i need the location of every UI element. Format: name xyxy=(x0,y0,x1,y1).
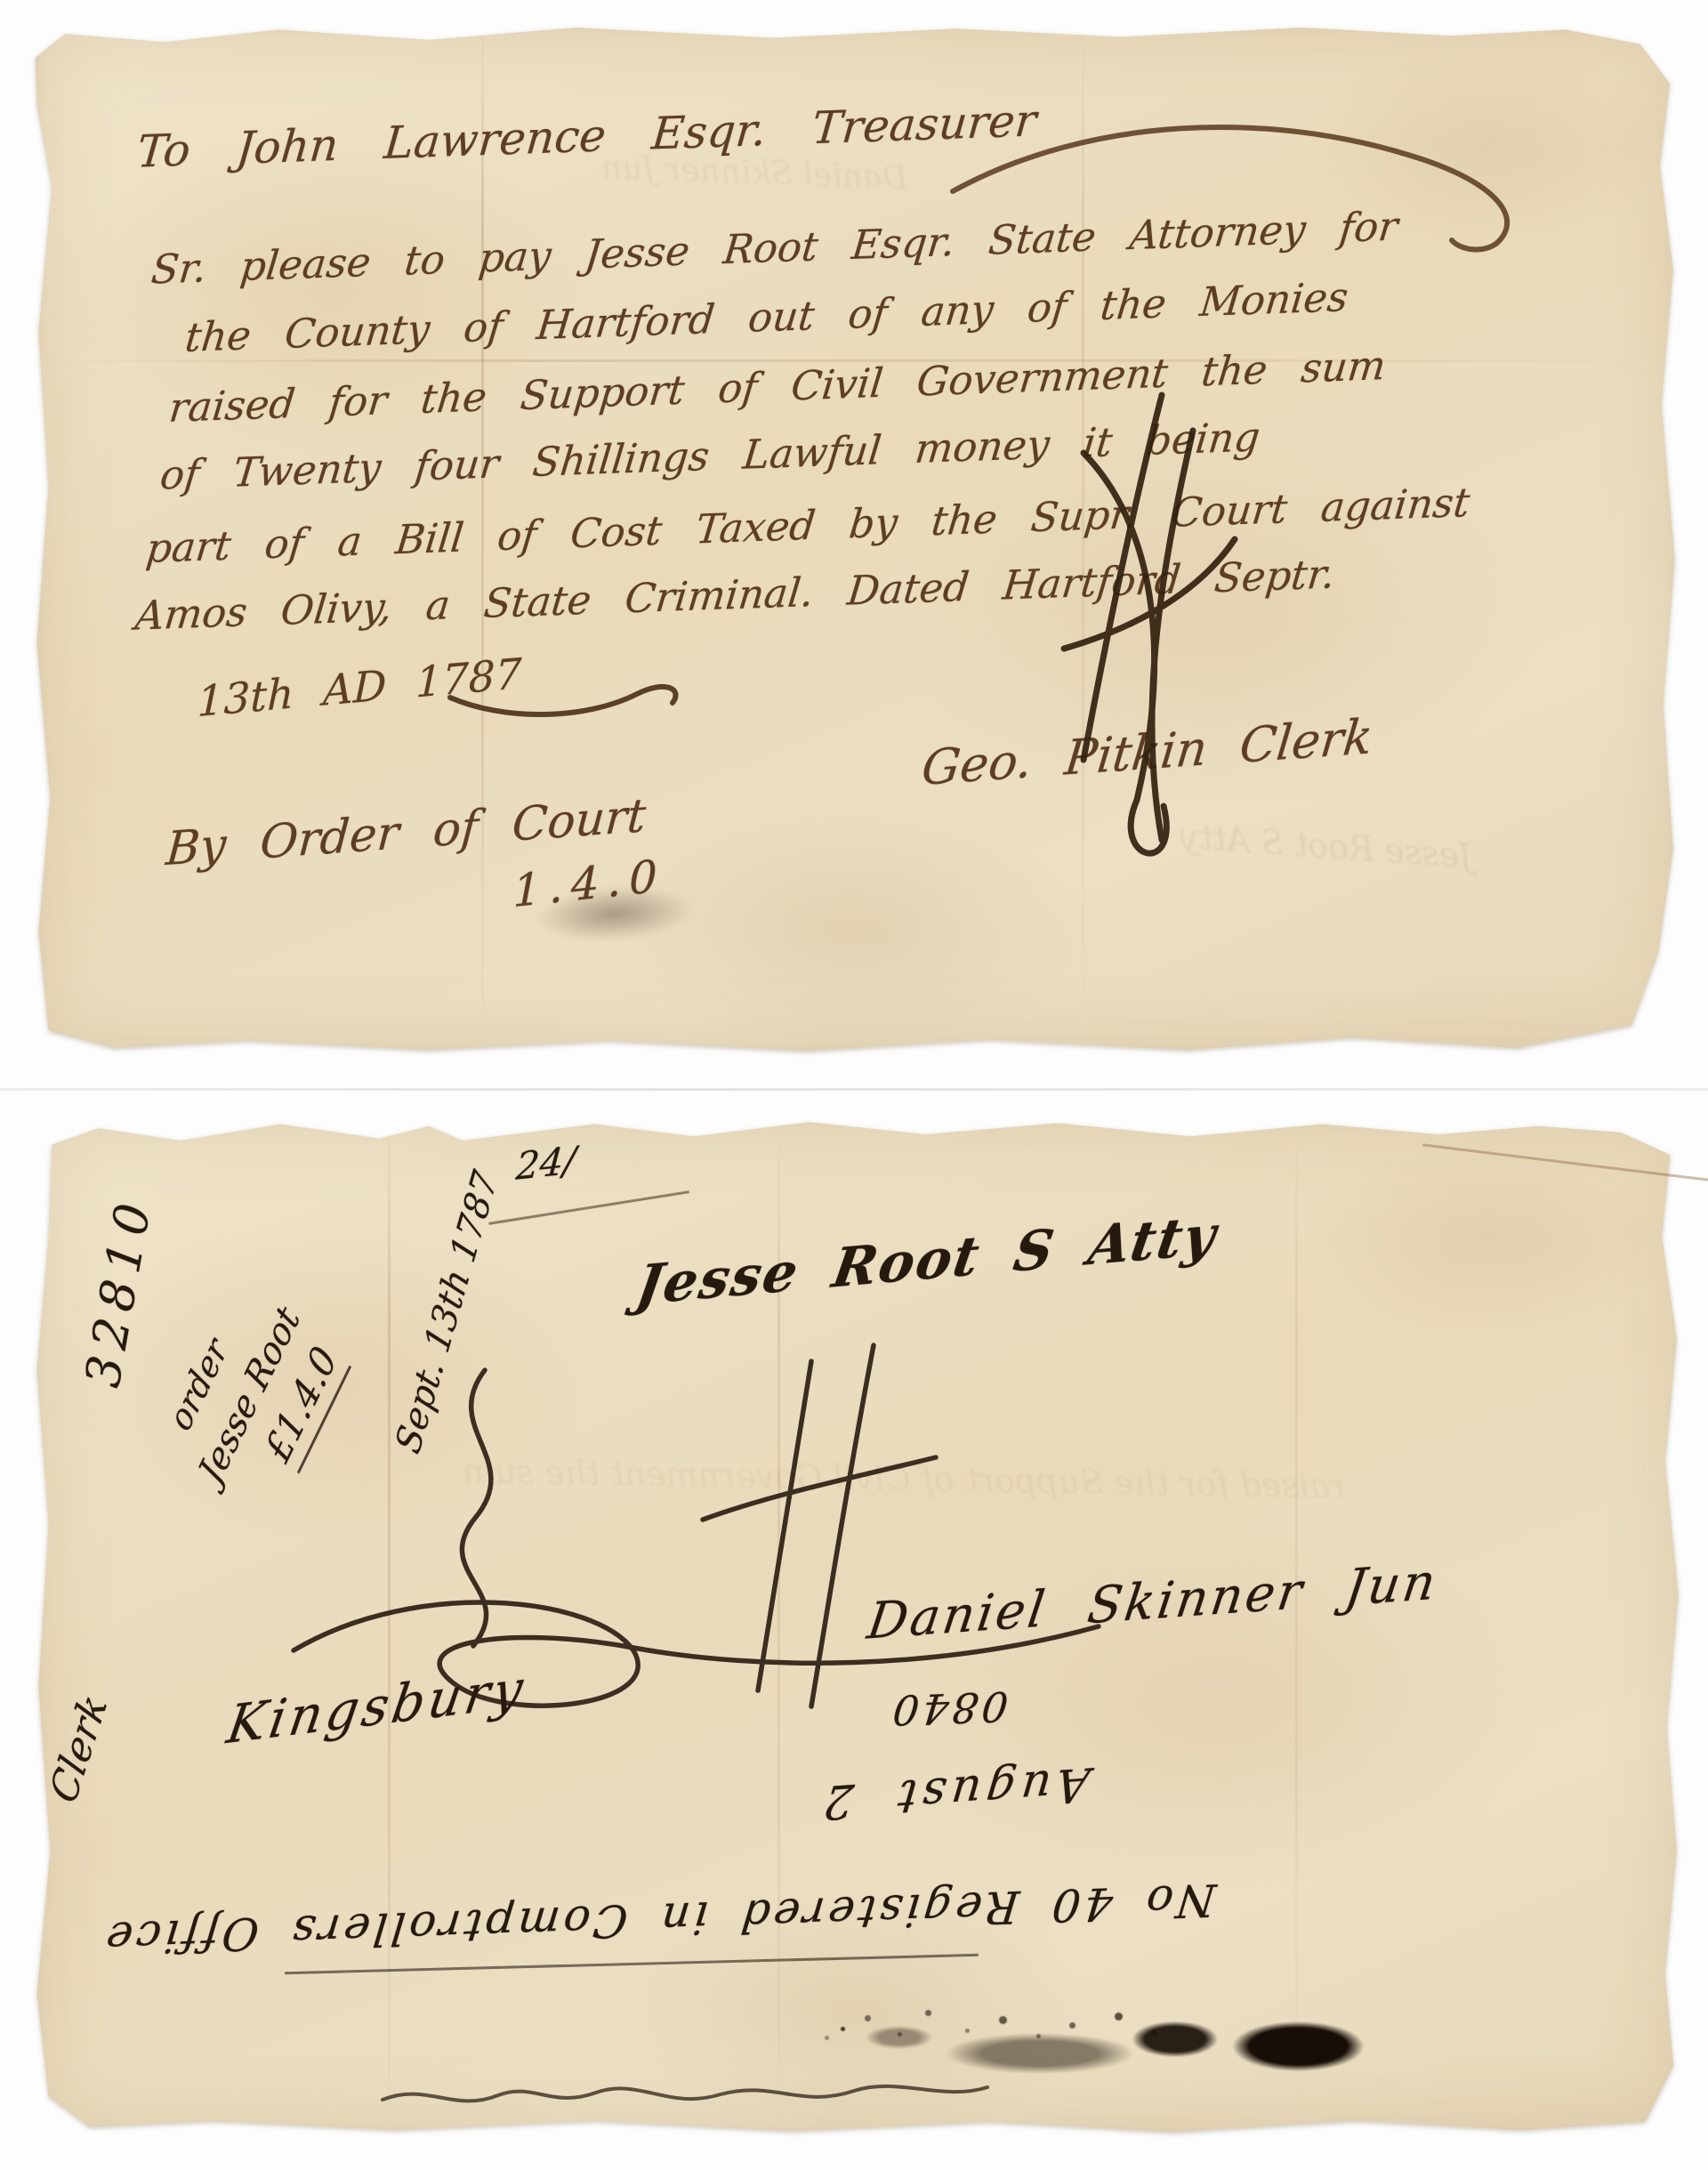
rate-note: 24/ xyxy=(514,1138,577,1189)
ink-blot xyxy=(805,2000,1392,2089)
recto-paper-wrap: To John Lawrence Esqr. Treasurer Sr. ple… xyxy=(32,21,1681,1056)
inverted-amount-note: 0840 xyxy=(887,1682,1011,1735)
scan-seam-divider xyxy=(0,1088,1708,1091)
ink-smudge xyxy=(533,881,697,947)
ink-speckles xyxy=(841,2027,845,2031)
recto-paper: To John Lawrence Esqr. Treasurer Sr. ple… xyxy=(32,21,1681,1056)
pen-flourish xyxy=(450,678,699,731)
fold-line xyxy=(1295,1114,1298,2137)
ghost-bleed-text: Daniel Skinner Jun xyxy=(600,149,908,197)
ink-scrawl-overlay xyxy=(1028,377,1269,884)
document-scan: To John Lawrence Esqr. Treasurer Sr. ple… xyxy=(0,0,1708,2170)
body-line: the County of Hartford out of any of the… xyxy=(183,273,1351,361)
